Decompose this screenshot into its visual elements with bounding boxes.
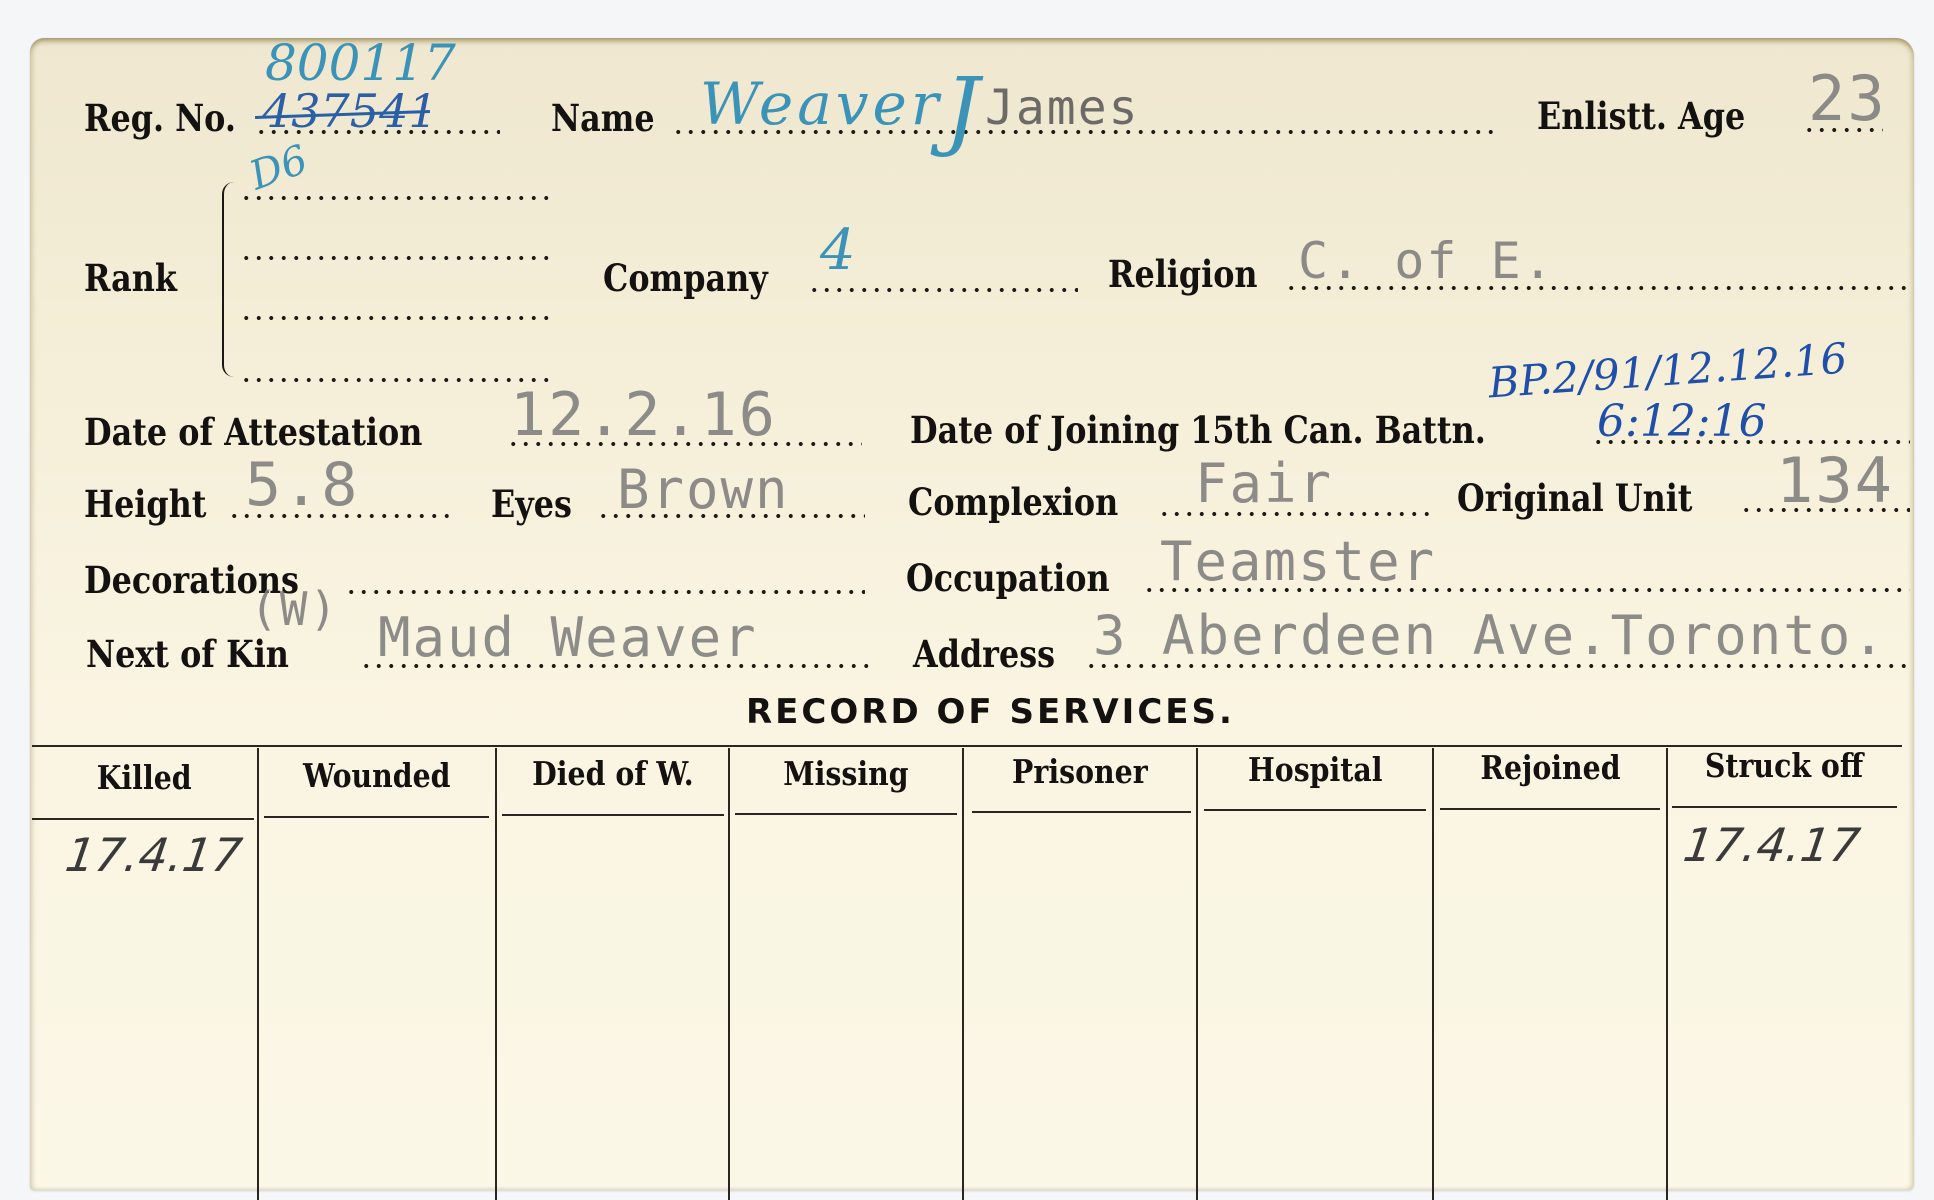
header-underline bbox=[735, 813, 957, 815]
column-header-rejoined: Rejoined bbox=[1434, 748, 1666, 787]
killed-date: 17.4.17 bbox=[62, 828, 245, 882]
header-underline bbox=[1672, 806, 1897, 808]
column-header-killed: Killed bbox=[32, 758, 257, 797]
religion-label: Religion bbox=[1108, 252, 1258, 296]
column-header-died-of-wounds: Died of W. bbox=[497, 754, 728, 793]
column-header-prisoner: Prisoner bbox=[964, 752, 1196, 791]
rank-label: Rank bbox=[84, 256, 177, 300]
header-underline bbox=[264, 816, 489, 818]
reg-no-corrected-value: 800117 bbox=[265, 34, 456, 92]
date-of-joining-label: Date of Joining 15th Can. Battn. bbox=[910, 408, 1486, 452]
occupation-label: Occupation bbox=[906, 556, 1110, 600]
decorations-dotted-line bbox=[345, 590, 865, 594]
complexion-label: Complexion bbox=[908, 480, 1118, 524]
header-underline bbox=[502, 814, 724, 816]
column-divider bbox=[257, 748, 259, 1200]
address-value: 3 Aberdeen Ave.Toronto. bbox=[1093, 604, 1887, 667]
column-divider bbox=[1666, 748, 1668, 1200]
enlistment-age-label: Enlistt. Age bbox=[1537, 94, 1745, 138]
column-divider bbox=[728, 748, 730, 1200]
column-divider bbox=[495, 748, 497, 1200]
reg-no-label: Reg. No. bbox=[84, 96, 236, 140]
name-given-typed: James bbox=[985, 80, 1140, 136]
record-of-services-title: RECORD OF SERVICES. bbox=[746, 692, 1235, 732]
rank-line-2 bbox=[240, 256, 552, 260]
name-initial-handwritten: J bbox=[945, 60, 979, 160]
height-value: 5.8 bbox=[245, 450, 359, 520]
original-unit-value: 134 bbox=[1776, 444, 1894, 517]
next-of-kin-label: Next of Kin bbox=[86, 632, 289, 676]
column-header-hospital: Hospital bbox=[1198, 750, 1432, 789]
date-of-joining-value: 6:12:16 bbox=[1597, 396, 1767, 447]
company-dotted-line bbox=[808, 288, 1078, 292]
rank-line-4 bbox=[240, 378, 552, 382]
header-underline bbox=[1440, 808, 1660, 810]
column-divider bbox=[1196, 748, 1198, 1200]
rank-line-1 bbox=[240, 196, 552, 200]
name-label: Name bbox=[551, 96, 655, 140]
header-underline bbox=[32, 818, 254, 820]
next-of-kin-value: Maud Weaver bbox=[378, 606, 758, 669]
name-surname-handwritten: Weaver bbox=[700, 70, 943, 138]
column-header-struck-off: Struck off bbox=[1668, 746, 1900, 785]
complexion-value: Fair bbox=[1195, 452, 1333, 515]
column-divider bbox=[962, 748, 964, 1200]
rank-line-3 bbox=[240, 316, 552, 320]
header-underline bbox=[972, 811, 1191, 813]
struck-off-date: 17.4.17 bbox=[1680, 818, 1863, 872]
eyes-value: Brown bbox=[617, 458, 790, 521]
occupation-value: Teamster bbox=[1160, 530, 1436, 593]
religion-value: C. of E. bbox=[1298, 232, 1555, 290]
header-underline bbox=[1204, 809, 1426, 811]
column-header-wounded: Wounded bbox=[259, 756, 495, 795]
next-of-kin-relation: (W) bbox=[250, 582, 339, 636]
company-value: 4 bbox=[820, 218, 856, 283]
original-unit-label: Original Unit bbox=[1457, 476, 1693, 520]
column-header-missing: Missing bbox=[730, 754, 962, 793]
rank-brace bbox=[222, 182, 234, 377]
height-label: Height bbox=[84, 482, 206, 526]
date-of-attestation-label: Date of Attestation bbox=[84, 410, 422, 454]
eyes-label: Eyes bbox=[491, 482, 572, 526]
company-label: Company bbox=[603, 256, 768, 300]
date-of-attestation-value: 12.2.16 bbox=[510, 380, 777, 450]
column-divider bbox=[1432, 748, 1434, 1200]
enlistment-age-value: 23 bbox=[1808, 62, 1887, 135]
address-label: Address bbox=[913, 632, 1055, 676]
table-top-rule bbox=[32, 745, 1902, 747]
